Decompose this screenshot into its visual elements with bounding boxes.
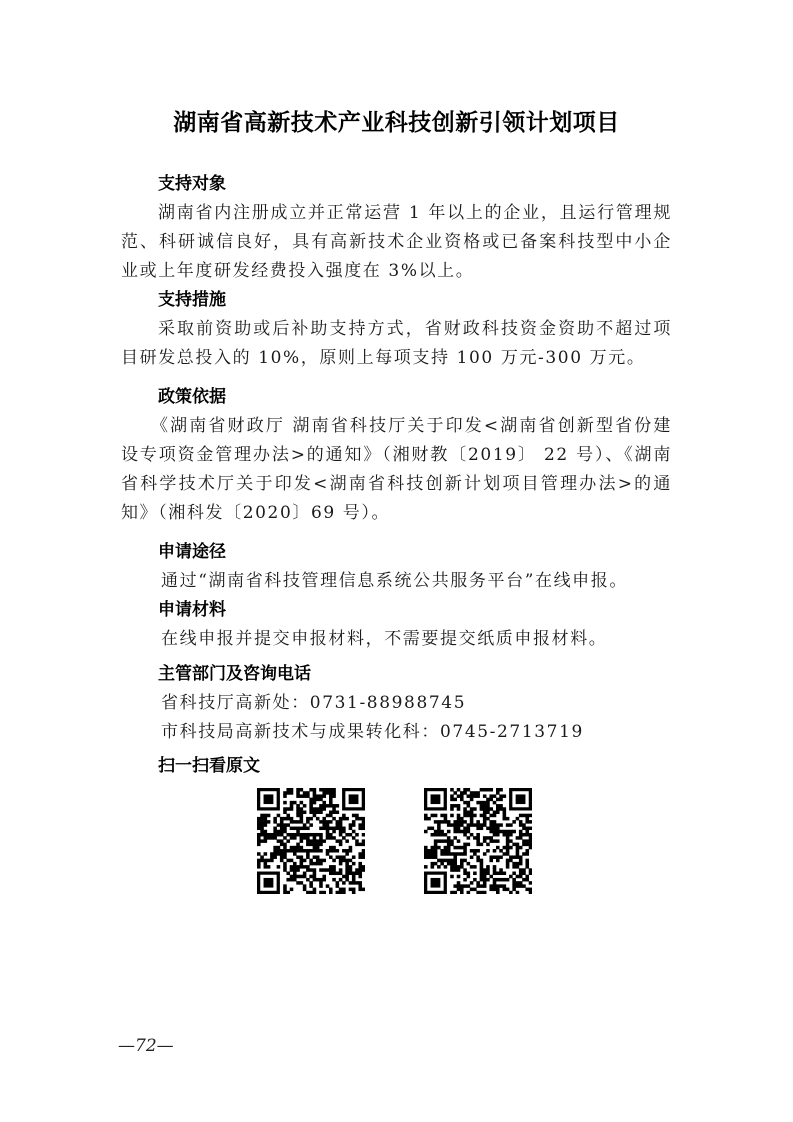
- section-heading: 主管部门及咨询电话: [121, 660, 672, 689]
- section-support-target: 支持对象 湖南省内注册成立并正常运营 1 年以上的企业，且运行管理规范、科研诚信…: [121, 170, 672, 286]
- contact-line: 市科技局高新技术与成果转化科：0745-2713719: [121, 718, 672, 747]
- qr-code-icon: [257, 788, 365, 894]
- qr-code-row: [257, 788, 537, 898]
- document-page: 湖南省高新技术产业科技创新引领计划项目 支持对象 湖南省内注册成立并正常运营 1…: [0, 0, 793, 1122]
- section-paragraph: 湖南省内注册成立并正常运营 1 年以上的企业，且运行管理规范、科研诚信良好，具有…: [121, 199, 672, 286]
- section-contacts: 主管部门及咨询电话 省科技厅高新处：0731-88988745 市科技局高新技术…: [121, 660, 672, 747]
- section-paragraph: 采取前资助或后补助支持方式，省财政科技资金资助不超过项目研发总投入的 10%，原…: [121, 315, 672, 373]
- section-paragraph: 《湖南省财政厅 湖南省科技厅关于印发<湖南省创新型省份建设专项资金管理办法>的通…: [121, 412, 672, 528]
- contact-line: 省科技厅高新处：0731-88988745: [121, 689, 672, 718]
- document-title: 湖南省高新技术产业科技创新引领计划项目: [0, 104, 793, 137]
- qr-code-icon: [424, 788, 532, 894]
- section-heading: 政策依据: [121, 383, 672, 412]
- section-scan-original: 扫一扫看原文: [121, 752, 672, 781]
- section-application-materials: 申请材料 在线申报并提交申报材料，不需要提交纸质申报材料。: [121, 596, 672, 654]
- section-paragraph: 在线申报并提交申报材料，不需要提交纸质申报材料。: [121, 625, 672, 654]
- section-policy-basis: 政策依据 《湖南省财政厅 湖南省科技厅关于印发<湖南省创新型省份建设专项资金管理…: [121, 383, 672, 528]
- section-heading: 申请材料: [121, 596, 672, 625]
- section-paragraph: 通过“湖南省科技管理信息系统公共服务平台”在线申报。: [121, 567, 672, 596]
- section-heading: 申请途径: [121, 538, 672, 567]
- section-heading: 支持措施: [121, 286, 672, 315]
- section-heading: 扫一扫看原文: [121, 752, 672, 781]
- page-number: —72—: [118, 1036, 174, 1056]
- section-support-measures: 支持措施 采取前资助或后补助支持方式，省财政科技资金资助不超过项目研发总投入的 …: [121, 286, 672, 373]
- section-heading: 支持对象: [121, 170, 672, 199]
- section-application-route: 申请途径 通过“湖南省科技管理信息系统公共服务平台”在线申报。: [121, 538, 672, 596]
